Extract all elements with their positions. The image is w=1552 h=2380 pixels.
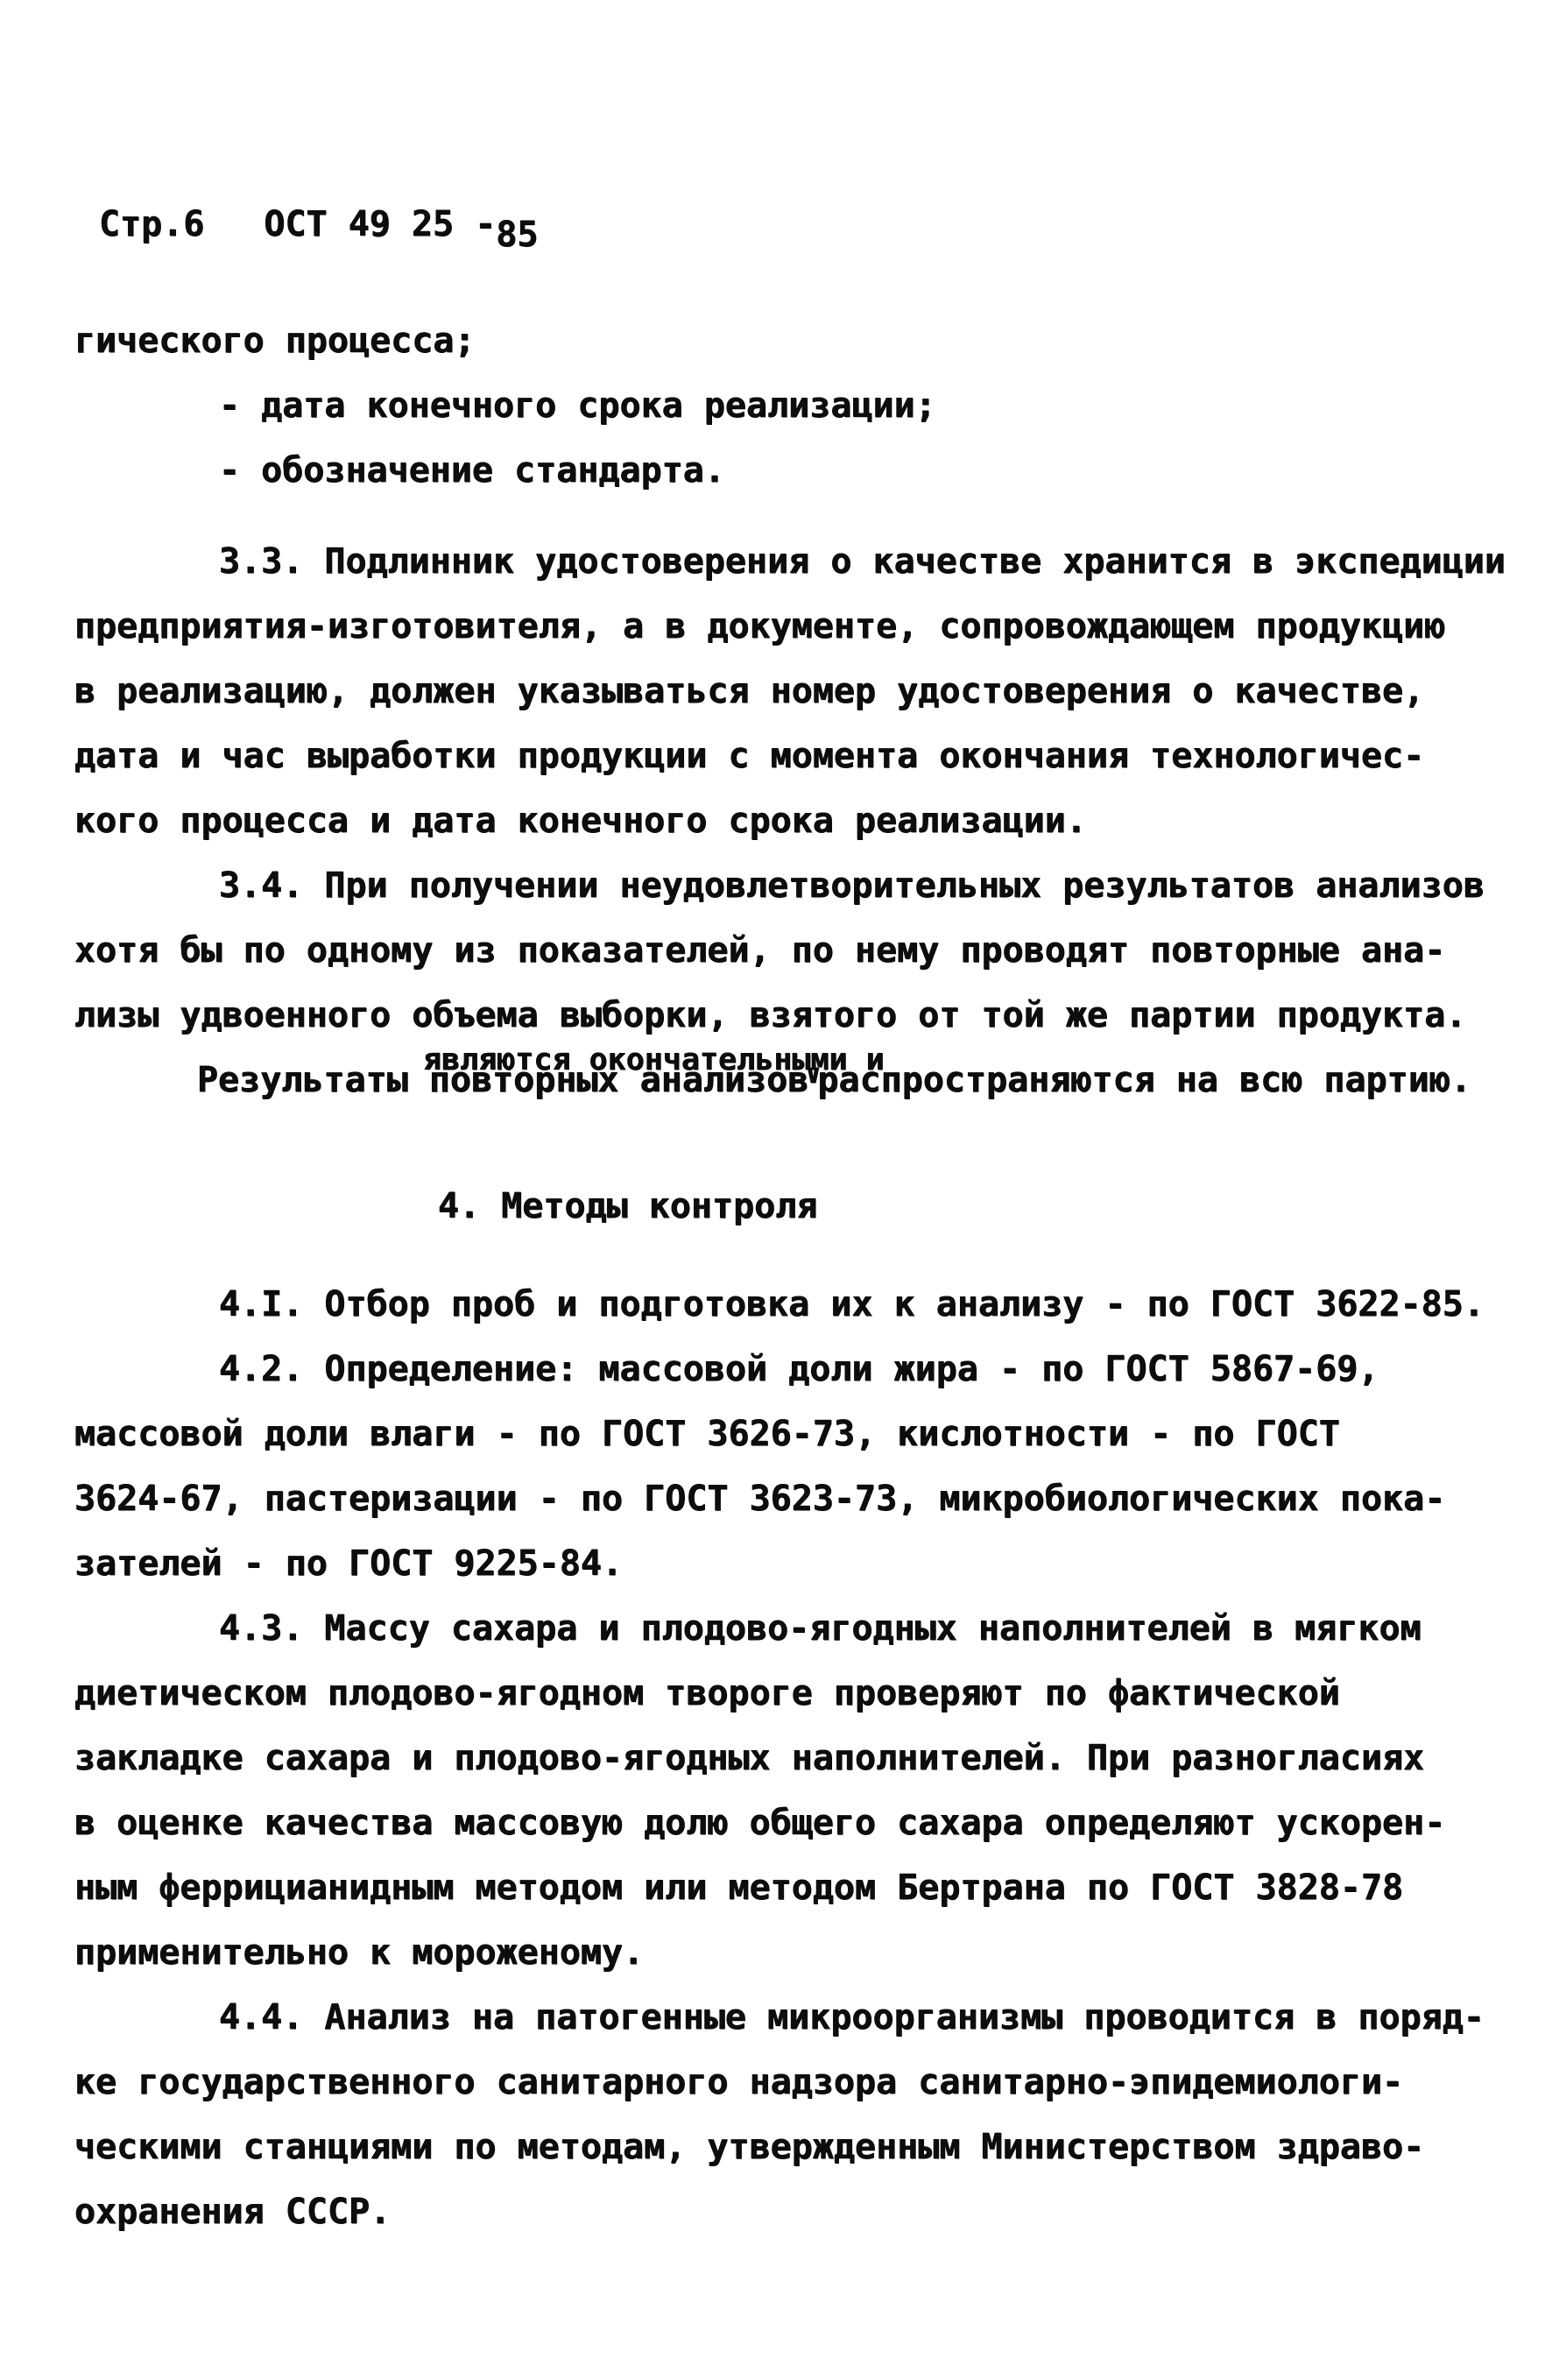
text-line: охранения СССР.	[74, 2179, 1517, 2244]
text-line: 4.2. Определение: массовой доли жира - п…	[74, 1337, 1517, 1402]
text-line: в оценке качества массовую долю общего с…	[74, 1790, 1517, 1855]
text-line: ке государственного санитарного надзора …	[74, 2050, 1517, 2115]
dash: -	[475, 204, 496, 244]
list-item-line: - обозначение стандарта.	[74, 438, 1517, 503]
text-line: ческими станциями по методам, утвержденн…	[74, 2115, 1517, 2179]
list-item-line: - дата конечного срока реализации;	[74, 373, 1517, 438]
text-line: закладке сахара и плодово-ягодных наполн…	[74, 1726, 1517, 1790]
text-line: 3.3. Подлинник удостоверения о качестве …	[74, 529, 1517, 594]
text-line: 3.4. При получении неудовлетворительных …	[74, 853, 1517, 918]
section-heading: 4. Методы контроля	[74, 1174, 1517, 1239]
paragraph-gap	[74, 503, 1517, 529]
text-line: в реализацию, должен указываться номер у…	[74, 659, 1517, 724]
text-line: диетическом плодово-ягодном твороге пров…	[74, 1661, 1517, 1726]
text-line: ным феррицианидным методом или методом Б…	[74, 1855, 1517, 1920]
heading-gap	[74, 1239, 1517, 1272]
scanned-document-page: Стр.6 ОСТ 49 25 -85 гического процесса; …	[0, 0, 1552, 2380]
page-number: Стр.6	[99, 200, 204, 249]
text-line: предприятия-изготовителя, а в документе,…	[74, 594, 1517, 659]
page-header: Стр.6 ОСТ 49 25 -85	[99, 200, 1517, 249]
text-line: хотя бы по одному из показателей, по нем…	[74, 918, 1517, 983]
text-line: лизы удвоенного объема выборки, взятого …	[74, 983, 1517, 1048]
text-line: гического процесса;	[74, 308, 1517, 373]
text-line: 4.3. Массу сахара и плодово-ягодных напо…	[74, 1596, 1517, 1661]
section-gap	[74, 1116, 1517, 1174]
text-line: 3624-67, пастеризации - по ГОСТ 3623-73,…	[74, 1466, 1517, 1531]
text-line: зателей - по ГОСТ 9225-84.	[74, 1531, 1517, 1596]
standard-number: ОСТ 49 25 -85	[264, 200, 538, 249]
interline-insertion-note: являются окончательными и	[423, 1044, 1517, 1076]
page-content: Стр.6 ОСТ 49 25 -85 гического процесса; …	[74, 200, 1517, 2244]
standard-year: 85	[496, 210, 538, 259]
text-line: кого процесса и дата конечного срока реа…	[74, 788, 1517, 853]
text-line: 4.I. Отбор проб и подготовка их к анализ…	[74, 1272, 1517, 1337]
text-line: применительно к мороженому.	[74, 1920, 1517, 1985]
text-line: дата и час выработки продукции с момента…	[74, 724, 1517, 788]
text-line: массовой доли влаги - по ГОСТ 3626-73, к…	[74, 1402, 1517, 1466]
text-line: 4.4. Анализ на патогенные микроорганизмы…	[74, 1985, 1517, 2050]
